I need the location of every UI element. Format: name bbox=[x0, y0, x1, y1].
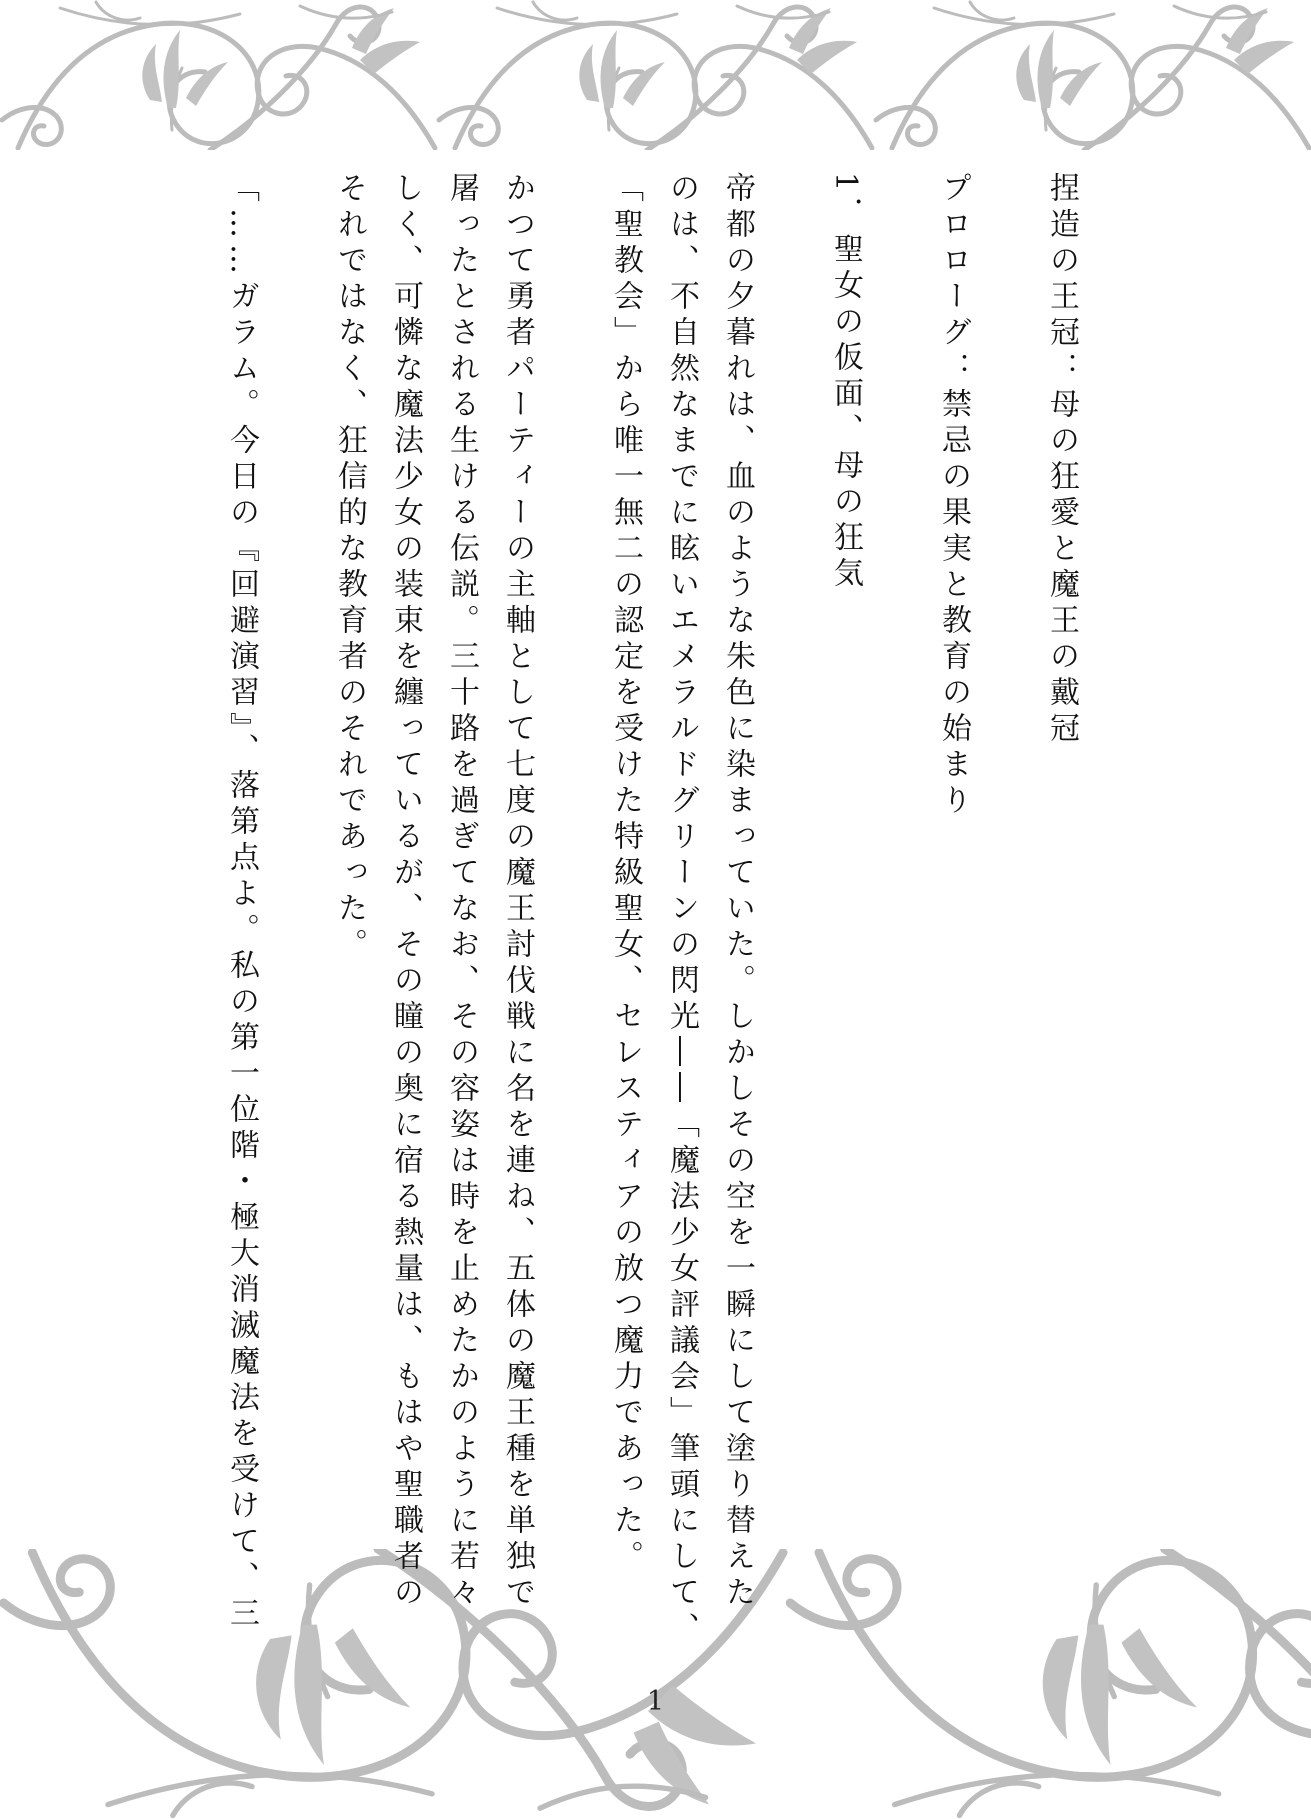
page-number: 1 bbox=[0, 1686, 1311, 1717]
dialogue-line: 「……ガラム。今日の『回避演習』、落第点よ。私の第一位階・極大消滅魔法を受けて、… bbox=[213, 172, 269, 1652]
dialogue-paragraph: 「……ガラム。今日の『回避演習』、落第点よ。私の第一位階・極大消滅魔法を受けて、… bbox=[213, 172, 269, 1652]
prologue-heading-line: プロローグ：禁忌の果実と教育の始まり bbox=[925, 172, 981, 1652]
chapter-heading: 1．聖女の仮面、母の狂気 bbox=[817, 172, 873, 1652]
paragraph-2-line-2: 屠ったとされる生ける伝説。三十路を過ぎてなお、その容姿は時を止めたかのように若々 bbox=[433, 172, 489, 1652]
paragraph-1-line-2: のは、不自然なまでに眩いエメラルドグリーンの閃光――「魔法少女評議会」筆頭にして… bbox=[653, 172, 709, 1652]
paragraph-1-line-3: 「聖教会」から唯一無二の認定を受けた特級聖女、セレスティアの放つ魔力であった。 bbox=[597, 172, 653, 1652]
prologue-heading: プロローグ：禁忌の果実と教育の始まり bbox=[925, 172, 981, 1652]
paragraph-2-line-3: しく、可憐な魔法少女の装束を纏っているが、その瞳の奥に宿る熱量は、もはや聖職者の bbox=[377, 172, 433, 1652]
novel-title: 捏造の王冠：母の狂愛と魔王の戴冠 bbox=[1033, 172, 1089, 1652]
title-line: 捏造の王冠：母の狂愛と魔王の戴冠 bbox=[1033, 172, 1089, 1652]
paragraph-1: 帝都の夕暮れは、血のような朱色に染まっていた。しかしその空を一瞬にして塗り替えた… bbox=[597, 172, 765, 1652]
paragraph-2-line-4: それではなく、狂信的な教育者のそれであった。 bbox=[321, 172, 377, 1652]
floral-border-top-icon bbox=[0, 0, 1311, 150]
paragraph-2-line-1: かつて勇者パーティーの主軸として七度の魔王討伐戦に名を連ね、五体の魔王種を単独で bbox=[489, 172, 545, 1652]
chapter-heading-line: 1．聖女の仮面、母の狂気 bbox=[817, 172, 873, 1652]
novel-page: 捏造の王冠：母の狂愛と魔王の戴冠 プロローグ：禁忌の果実と教育の始まり 1．聖女… bbox=[213, 172, 1089, 1652]
paragraph-1-line-1: 帝都の夕暮れは、血のような朱色に染まっていた。しかしその空を一瞬にして塗り替えた bbox=[709, 172, 765, 1652]
paragraph-2: かつて勇者パーティーの主軸として七度の魔王討伐戦に名を連ね、五体の魔王種を単独で… bbox=[321, 172, 545, 1652]
